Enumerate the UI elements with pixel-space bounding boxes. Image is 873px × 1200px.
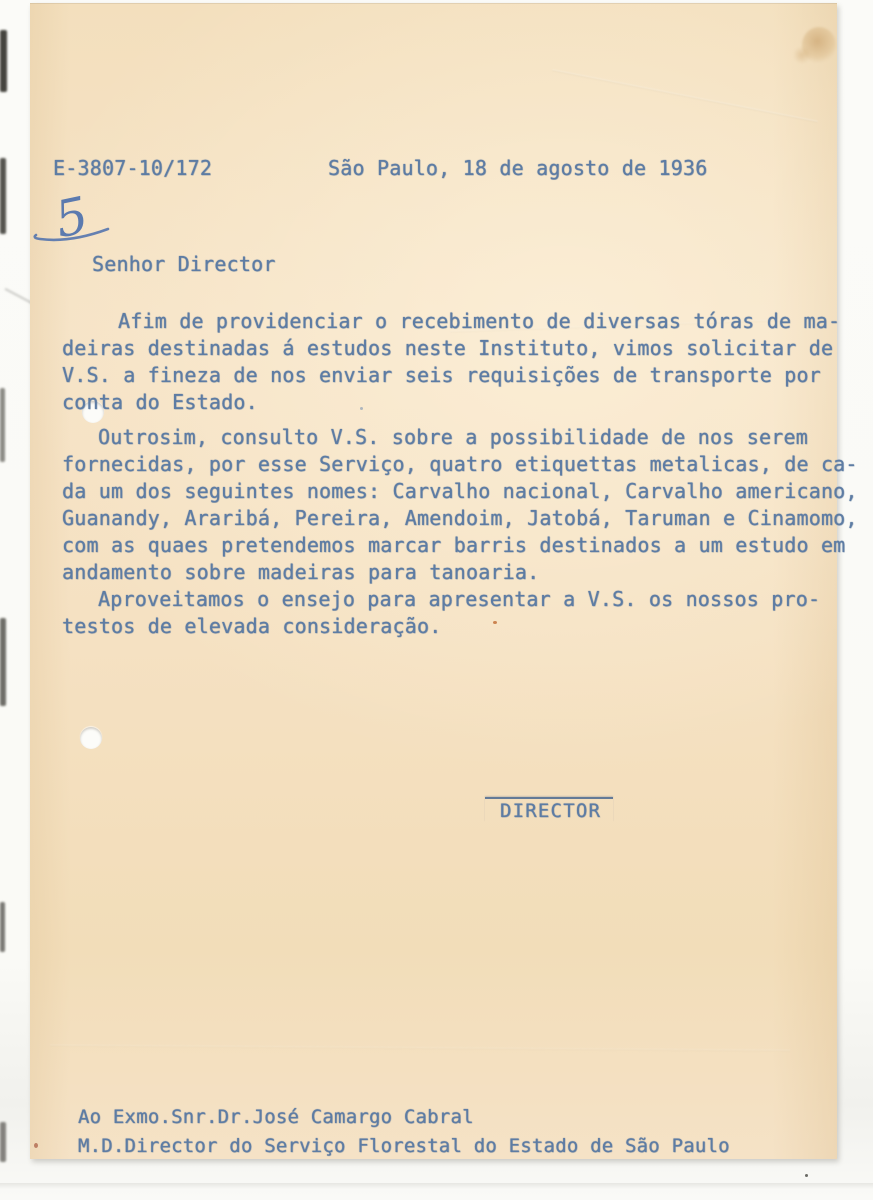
paragraph-line: com as quaes pretendemos marcar barris d… — [62, 532, 832, 559]
paragraph-line: Afim de providenciar o recebimento de di… — [118, 308, 832, 335]
scan-edge-smudge — [0, 902, 5, 952]
paragraph-line: V.S. a fineza de nos enviar seis requisi… — [62, 362, 832, 389]
scan-shadow-band — [0, 1183, 873, 1189]
dateline: São Paulo, 18 de agosto de 1936 — [328, 156, 707, 180]
paragraph-line: Outrosim, consulto V.S. sobre a possibil… — [98, 424, 832, 451]
paper-crease — [552, 69, 817, 122]
letter-page: E-3807-10/172 São Paulo, 18 de agosto de… — [30, 3, 837, 1159]
paragraph-line: testos de elevada consideração. — [62, 613, 832, 640]
scan-edge-smudge — [0, 158, 6, 234]
signature-block: DIRECTOR — [485, 797, 613, 822]
recipient-title: M.D.Director do Serviço Florestal do Est… — [78, 1132, 730, 1161]
recipient-block: Ao Exmo.Snr.Dr.José Camargo Cabral M.D.D… — [78, 1103, 730, 1161]
paragraph-line: andamento sobre madeiras para tanoaria. — [62, 559, 832, 586]
ink-speck — [360, 407, 363, 410]
reference-number: E-3807-10/172 — [53, 156, 212, 180]
paragraph-line: fornecidas, por esse Serviço, quatro eti… — [62, 451, 832, 478]
letter-header: E-3807-10/172 São Paulo, 18 de agosto de… — [30, 156, 837, 182]
paragraph-2: Outrosim, consulto V.S. sobre a possibil… — [62, 424, 832, 586]
paragraph-line: deiras destinadas á estudos neste Instit… — [62, 335, 832, 362]
paper-stain — [792, 47, 812, 63]
signature-title: DIRECTOR — [485, 800, 613, 822]
handwritten-page-number: 5 — [30, 189, 190, 255]
recipient-name: Ao Exmo.Snr.Dr.José Camargo Cabral — [78, 1103, 730, 1132]
paragraph-line: Guanandy, Araribá, Pereira, Amendoim, Ja… — [62, 505, 832, 532]
scan-speck — [805, 1174, 808, 1177]
punch-hole — [80, 727, 102, 749]
scan-edge-smudge — [0, 388, 5, 462]
paragraph-3: Aproveitamos o ensejo para apresentar a … — [62, 586, 832, 640]
paragraph-line: Aproveitamos o ensejo para apresentar a … — [98, 586, 832, 613]
scanned-letter: E-3807-10/172 São Paulo, 18 de agosto de… — [0, 0, 873, 1200]
paper-crease — [50, 1044, 790, 1051]
scan-edge-smudge — [0, 618, 6, 706]
ink-speck — [34, 1143, 38, 1148]
scan-edge-smudge — [0, 1122, 6, 1162]
ink-speck — [493, 621, 497, 624]
paragraph-line: conta do Estado. — [62, 389, 832, 416]
scan-edge-smudge — [0, 30, 7, 92]
salutation: Senhor Director — [92, 252, 276, 276]
paragraph-1: Afim de providenciar o recebimento de di… — [62, 308, 832, 416]
paragraph-line: da um dos seguintes nomes: Carvalho naci… — [62, 478, 832, 505]
